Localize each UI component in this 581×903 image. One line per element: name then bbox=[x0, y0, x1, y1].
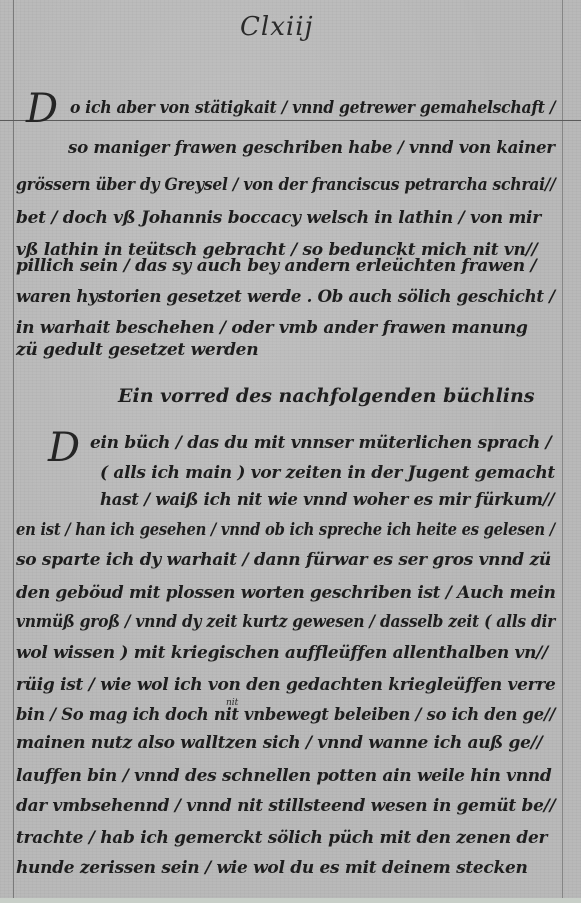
text-line: dar vmbsehennd / vnnd nit stillsteend we… bbox=[16, 796, 555, 816]
text-line: grössern über dy Greysel / von der franc… bbox=[16, 175, 556, 195]
text-line: ( alls ich main ) vor zeiten in der Juge… bbox=[100, 463, 555, 483]
decorated-initial-2: D bbox=[48, 425, 80, 471]
text-line: wol wissen ) mit kriegischen auffleüffen… bbox=[16, 643, 548, 663]
text-line: mainen nutz also walltzen sich / vnnd wa… bbox=[16, 733, 542, 753]
left-margin-rule bbox=[13, 0, 14, 903]
page-bottom-edge bbox=[0, 898, 581, 903]
text-line: rüig ist / wie wol ich von den gedachten… bbox=[16, 675, 555, 695]
manuscript-page: Clxiij D o ich aber von stätigkait / vnn… bbox=[0, 0, 581, 903]
top-ruling-line bbox=[0, 120, 581, 121]
text-line: lauffen bin / vnnd des schnellen potten … bbox=[16, 766, 551, 786]
text-line: so maniger frawen geschriben habe / vnnd… bbox=[68, 138, 555, 158]
text-line: o ich aber von stätigkait / vnnd getrewe… bbox=[70, 98, 555, 118]
text-line: so sparte ich dy warhait / dann fürwar e… bbox=[16, 550, 551, 570]
text-line: waren hystorien gesetzet werde . Ob auch… bbox=[16, 287, 555, 307]
text-line: trachte / hab ich gemerckt sölich püch m… bbox=[16, 828, 547, 848]
text-line: bin / So mag ich doch nit vnbewegt belei… bbox=[16, 705, 555, 725]
text-line: pillich sein / das sy auch bey andern er… bbox=[16, 256, 536, 276]
text-line: hunde zerissen sein / wie wol du es mit … bbox=[16, 858, 528, 878]
text-line: ein büch / das du mit vnnser müterlichen… bbox=[90, 433, 551, 453]
text-line: bet / doch vß Johannis boccacy welsch in… bbox=[16, 208, 541, 228]
text-line: en ist / han ich gesehen / vnnd ob ich s… bbox=[16, 520, 555, 540]
decorated-initial-1: D bbox=[26, 86, 58, 132]
text-line: zü gedult gesetzet werden bbox=[16, 340, 258, 360]
right-margin-rule bbox=[562, 0, 563, 903]
text-line: hast / waiß ich nit wie vnnd woher es mi… bbox=[100, 490, 554, 510]
text-line: vnmüß groß / vnnd dy zeit kurtz gewesen … bbox=[16, 612, 555, 632]
text-line: den geböud mit plossen worten geschriben… bbox=[16, 583, 556, 603]
section-heading: Ein vorred des nachfolgenden büchlins bbox=[118, 385, 535, 407]
folio-number: Clxiij bbox=[240, 12, 314, 42]
text-line: in warhait beschehen / oder vmb ander fr… bbox=[16, 318, 528, 338]
